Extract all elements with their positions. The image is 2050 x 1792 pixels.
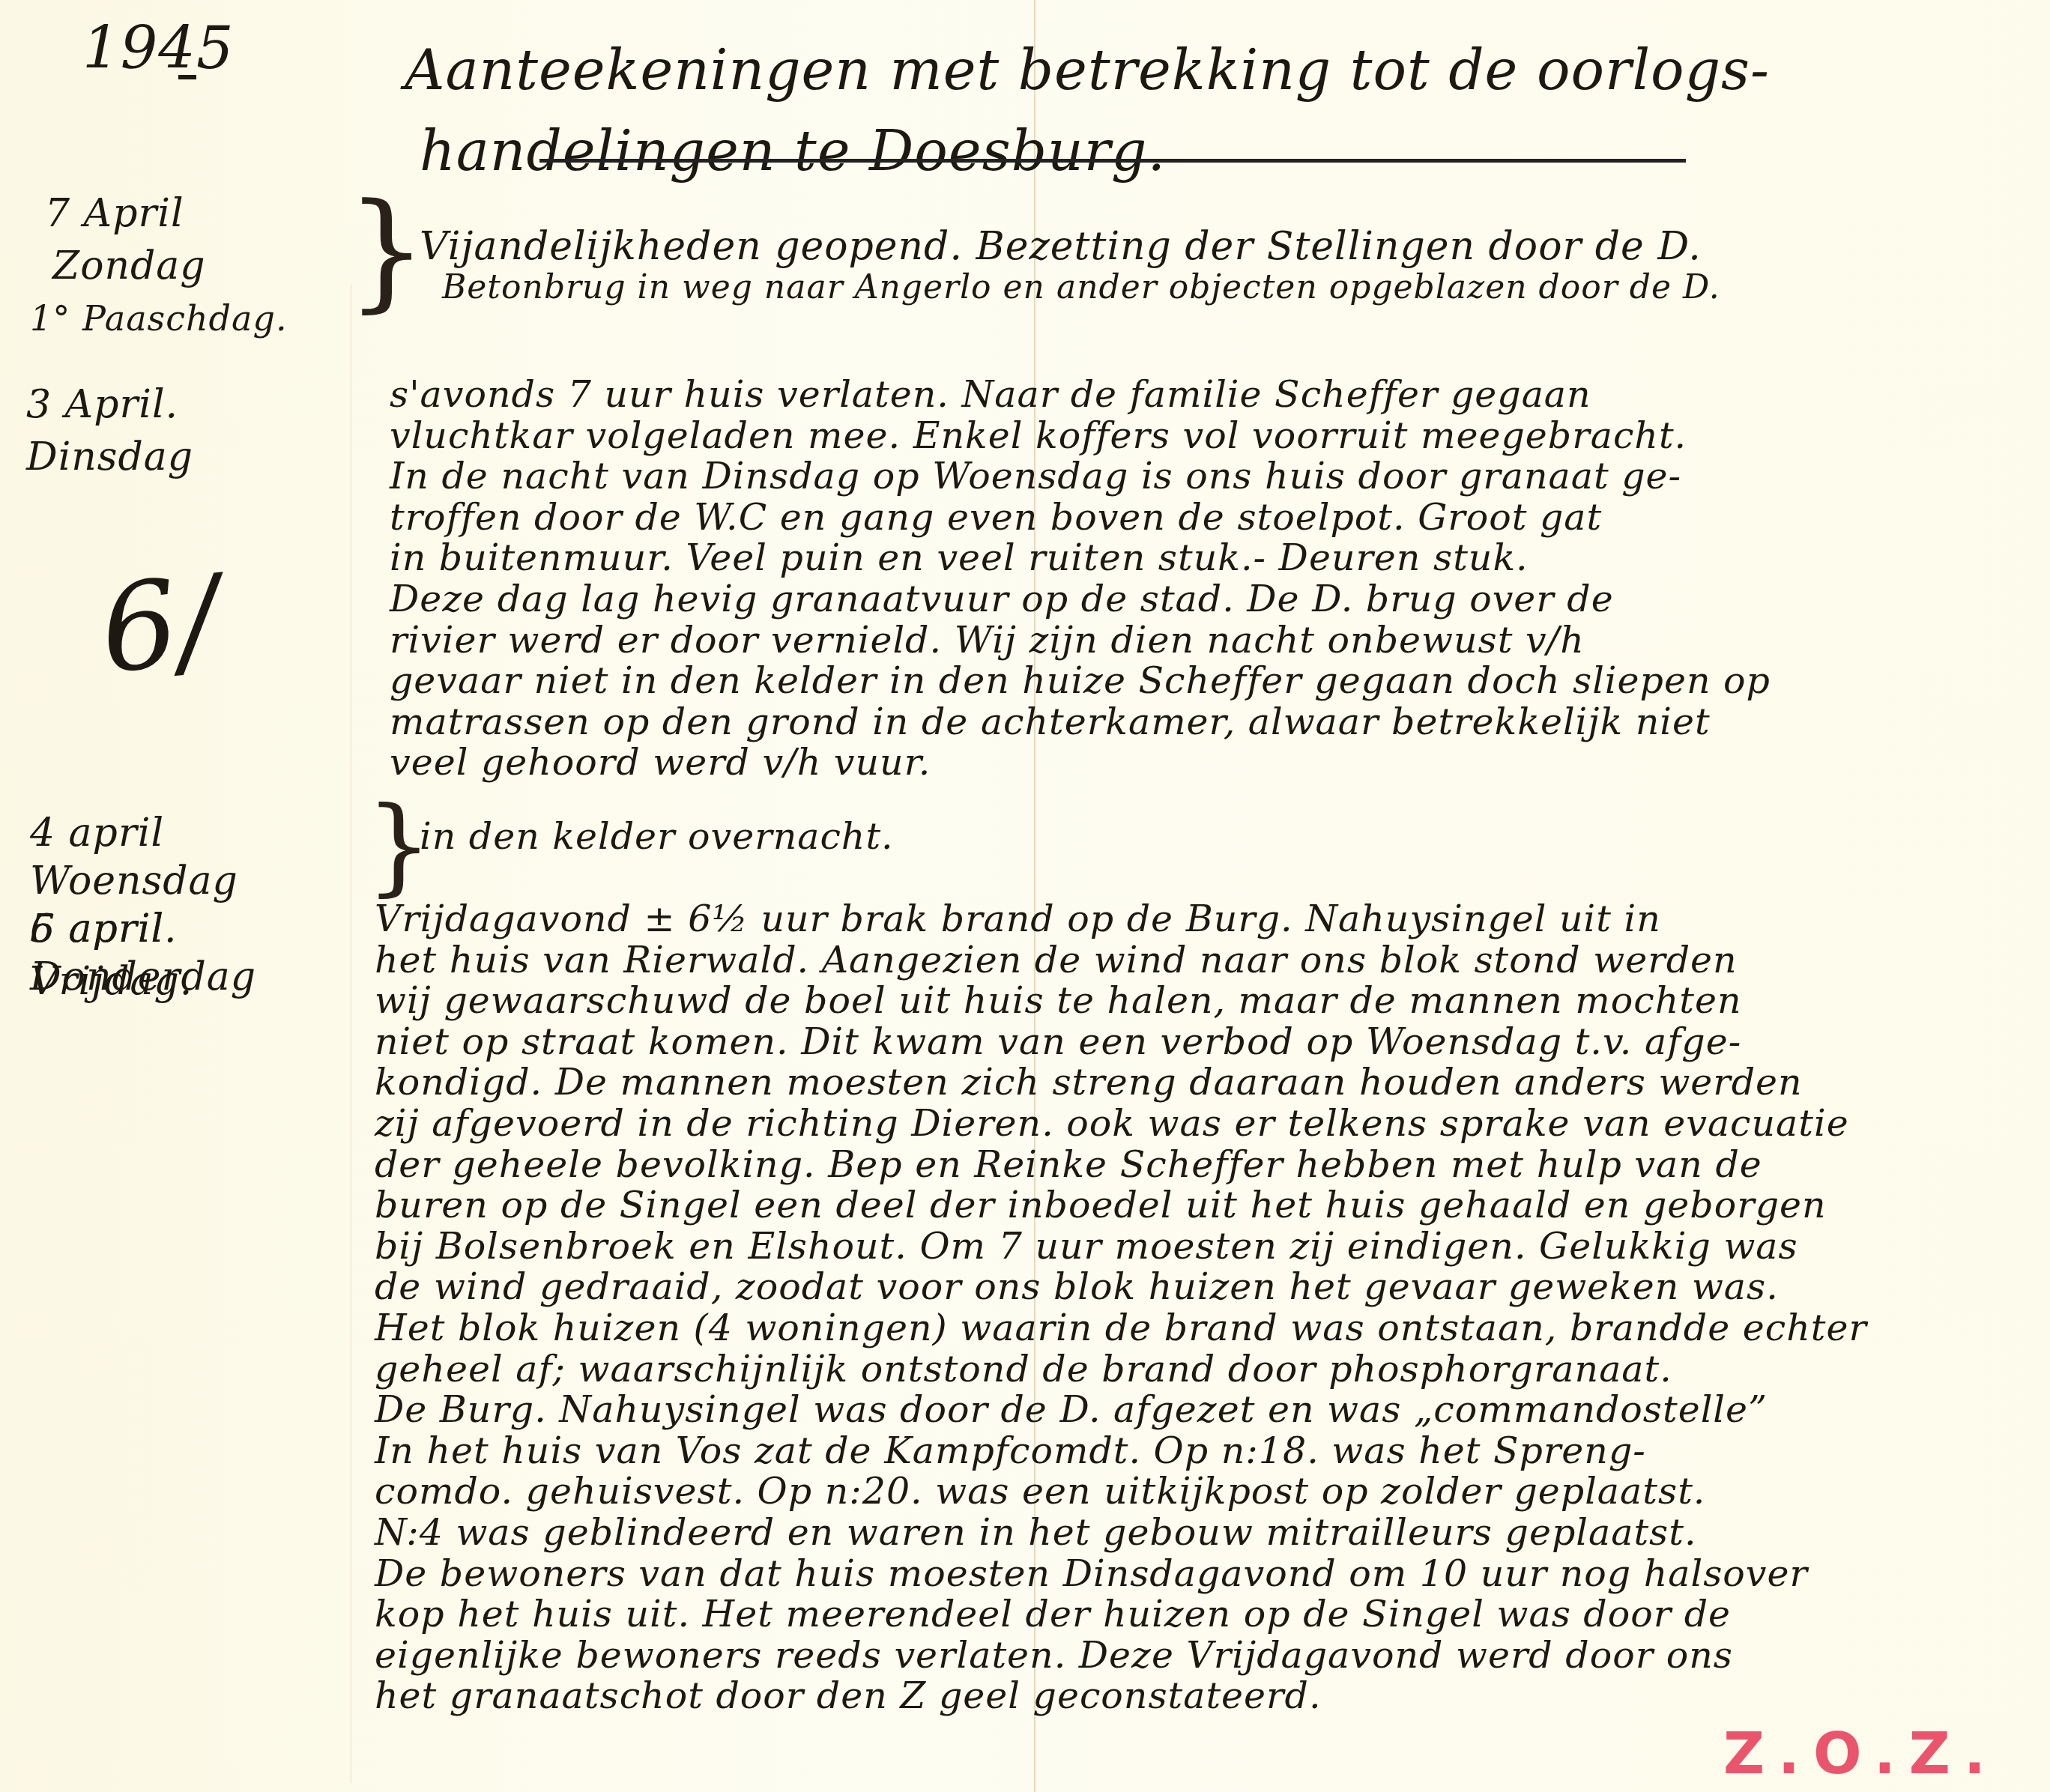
text-line: buren op de Singel een deel der inboedel… (375, 1185, 1986, 1226)
text-line: vluchtkar volgeladen mee. Enkel koffers … (390, 416, 2001, 457)
entry-text-6-april: Vrijdagavond ± 6½ uur brak brand op de B… (375, 899, 1986, 1717)
entry-date-6-april: 6 april. Vrijdag. (30, 903, 345, 1008)
text-line: gevaar niet in den kelder in den huize S… (390, 661, 2001, 702)
entry-text-7-april: Vijandelijkheden geopend. Bezetting der … (420, 226, 2031, 308)
text-line: matrassen op den grond in de achterkamer… (390, 702, 2001, 743)
date-line: 4 april Woensdag (30, 809, 345, 905)
text-line: de wind gedraaid, zoodat voor ons blok h… (375, 1267, 1986, 1308)
text-line: De bewoners van dat huis moesten Dinsdag… (375, 1554, 1986, 1595)
entry-date-7-april: 7 April Zondag 1° Paaschdag. (30, 187, 345, 345)
text-line: Deze dag lag hevig granaatvuur op de sta… (390, 579, 2001, 620)
text-line: het huis van Rierwald. Aangezien de wind… (375, 940, 1986, 981)
date-line: Zondag (30, 240, 345, 292)
text-line: zij afgevoerd in de richting Dieren. ook… (375, 1104, 1986, 1145)
text-line: eigenlijke bewoners reeds verlaten. Deze… (375, 1635, 1986, 1677)
text-line: troffen door de W.C en gang even boven d… (390, 497, 2001, 539)
title-line-2: handelingen te Doesburg. (405, 111, 2016, 192)
entry-text-4-5-april: in den kelder overnacht. (420, 817, 2031, 858)
text-line: niet op straat komen. Dit kwam van een v… (375, 1022, 1986, 1063)
text-line: veel gehoord werd v/h vuur. (390, 742, 2001, 784)
text-line: Betonbrug in weg naar Angerlo en ander o… (420, 267, 2031, 309)
text-line: De Burg. Nahuysingel was door de D. afge… (375, 1390, 1986, 1431)
margin-annotation: 6/ (94, 548, 226, 700)
text-line: kop het huis uit. Het meerendeel der hui… (375, 1594, 1986, 1635)
text-line: comdo. gehuisvest. Op n:20. was een uitk… (375, 1471, 1986, 1513)
title-line-1: Aanteekeningen met betrekking tot de oor… (405, 30, 2016, 111)
date-line: 7 April (30, 187, 345, 240)
date-line: 3 April. Dinsdag (26, 378, 341, 483)
text-line: het granaatschot door den Z geel geconst… (375, 1676, 1986, 1717)
zoz-stamp: Z.O.Z. (1723, 1720, 1999, 1787)
title-underline (539, 159, 1686, 163)
text-line: der geheele bevolking. Bep en Reinke Sch… (375, 1145, 1986, 1186)
margin-line (351, 285, 351, 1783)
brace-icon: } (346, 187, 427, 315)
text-line: Vrijdagavond ± 6½ uur brak brand op de B… (375, 899, 1986, 940)
text-line: N:4 was geblindeerd en waren in het gebo… (375, 1513, 1986, 1554)
text-line: In het huis van Vos zat de Kampfcomdt. O… (375, 1431, 1986, 1472)
date-line: 6 april. Vrijdag. (30, 903, 345, 1008)
year-underline (178, 75, 196, 79)
text-line: rivier werd er door vernield. Wij zijn d… (390, 620, 2001, 662)
text-line: in den kelder overnacht. (420, 817, 2031, 858)
text-line: kondigd. De mannen moesten zich streng d… (375, 1062, 1986, 1104)
text-line: s'avonds 7 uur huis verlaten. Naar de fa… (390, 375, 2001, 416)
text-line: geheel af; waarschijnlijk ontstond de br… (375, 1349, 1986, 1390)
document-title: Aanteekeningen met betrekking tot de oor… (405, 30, 2016, 192)
text-line: Het blok huizen (4 woningen) waarin de b… (375, 1308, 1986, 1349)
entry-date-3-april: 3 April. Dinsdag (26, 378, 341, 483)
text-line: in buitenmuur. Veel puin en veel ruiten … (390, 538, 2001, 579)
text-line: bij Bolsenbroek en Elshout. Om 7 uur moe… (375, 1226, 1986, 1268)
text-line: wij gewaarschuwd de boel uit huis te hal… (375, 981, 1986, 1022)
entry-text-3-april: s'avonds 7 uur huis verlaten. Naar de fa… (390, 375, 2001, 784)
date-line: 1° Paaschdag. (30, 292, 345, 345)
text-line: Vijandelijkheden geopend. Bezetting der … (420, 226, 2031, 267)
year-heading: 1945 (82, 15, 235, 82)
text-line: In de nacht van Dinsdag op Woensdag is o… (390, 456, 2001, 497)
letter-page: 1945 Aanteekeningen met betrekking tot d… (0, 0, 2050, 1792)
